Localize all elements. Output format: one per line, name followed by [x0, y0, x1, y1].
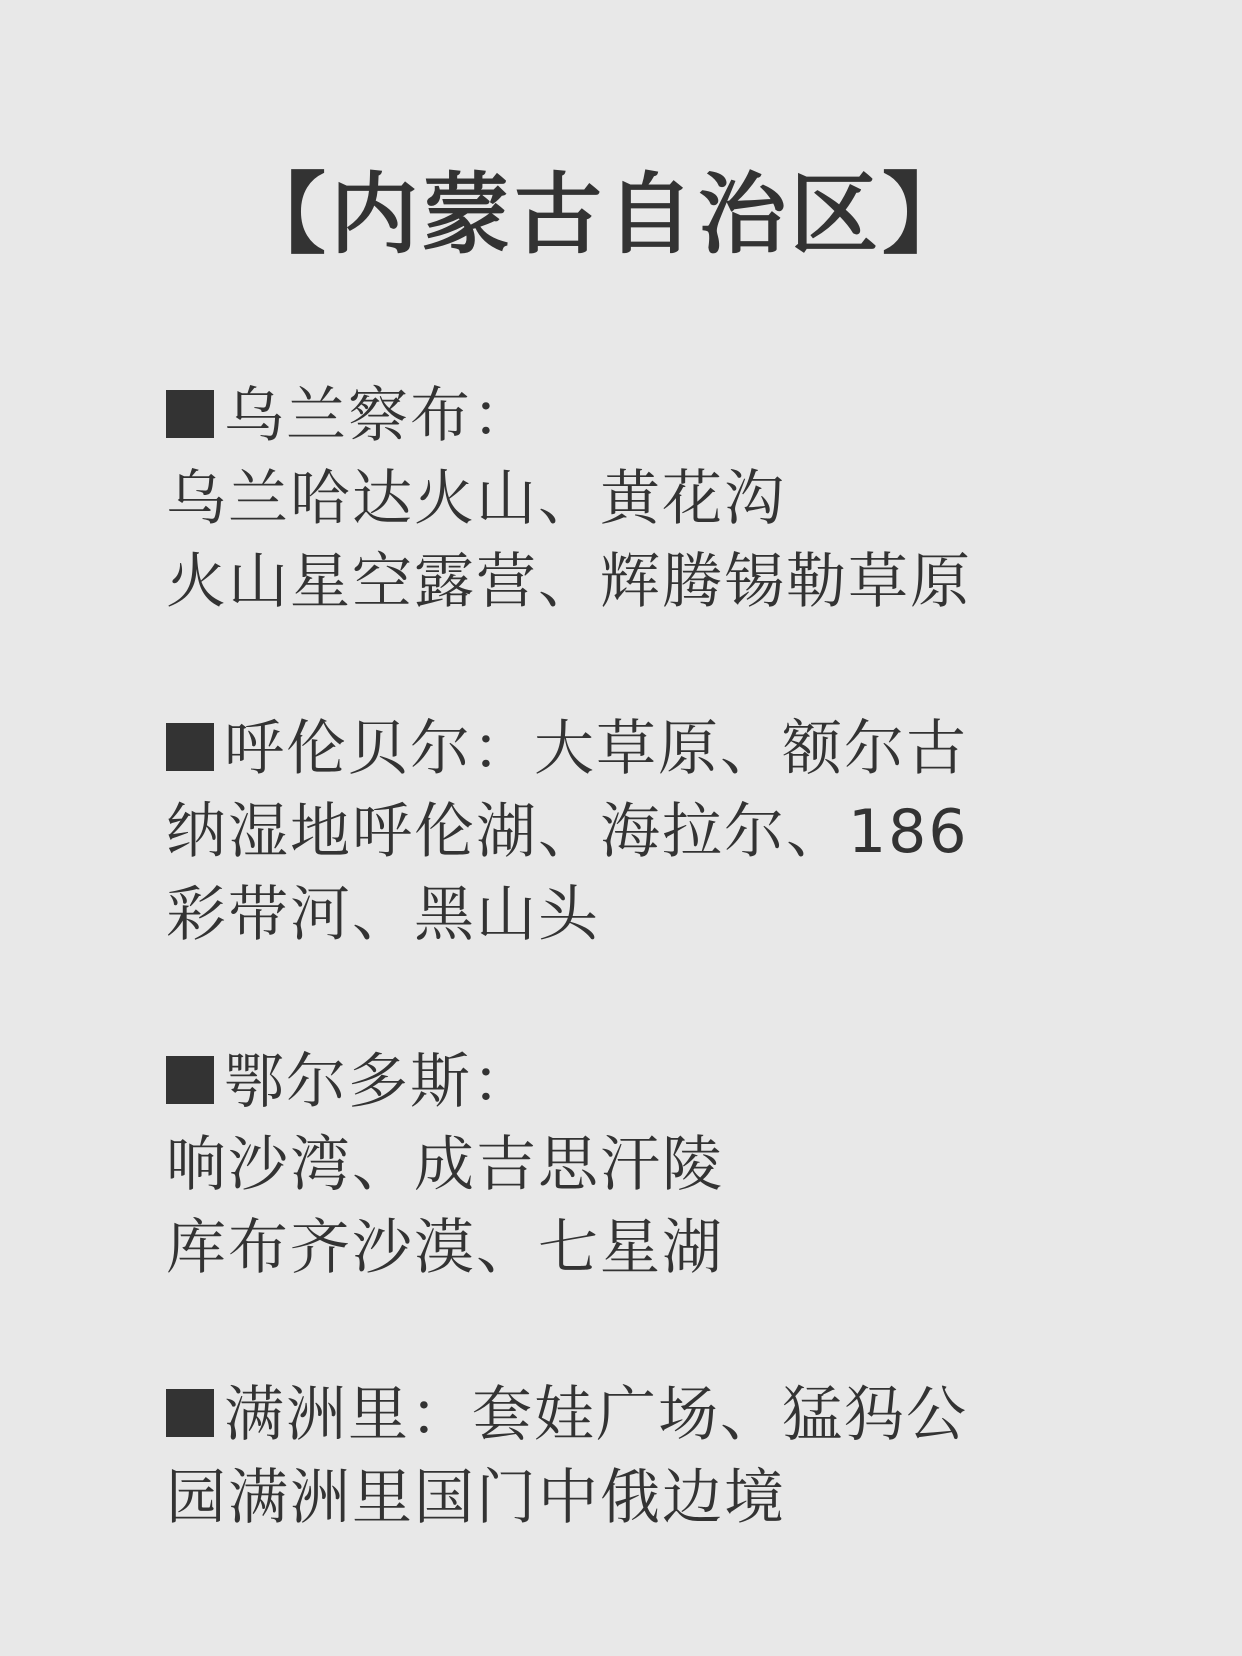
- square-bullet-icon: [166, 1056, 214, 1104]
- attractions-list: 乌兰察布： 乌兰哈达火山、黄花沟 火山星空露营、辉腾锡勒草原 呼伦贝尔：大草原、…: [166, 375, 1166, 1624]
- section-ordos: 鄂尔多斯： 响沙湾、成吉思汗陵 库布齐沙漠、七星湖: [166, 1041, 1166, 1290]
- page-title: 【内蒙古自治区】: [238, 160, 974, 270]
- section-manzhouli: 满洲里：套娃广场、猛犸公 园满洲里国门中俄边境: [166, 1374, 1166, 1540]
- section-line: 园满洲里国门中俄边境: [166, 1457, 1166, 1540]
- section-heading: 满洲里：套娃广场、猛犸公: [166, 1374, 1166, 1457]
- section-line: 响沙湾、成吉思汗陵: [166, 1124, 1166, 1207]
- section-hulunbuir: 呼伦贝尔：大草原、额尔古 纳湿地呼伦湖、海拉尔、186 彩带河、黑山头: [166, 708, 1166, 957]
- section-heading: 鄂尔多斯：: [166, 1041, 1166, 1124]
- section-line: 纳湿地呼伦湖、海拉尔、186: [166, 791, 1166, 874]
- section-line: 彩带河、黑山头: [166, 874, 1166, 957]
- section-heading: 呼伦贝尔：大草原、额尔古: [166, 708, 1166, 791]
- square-bullet-icon: [166, 1389, 214, 1437]
- square-bullet-icon: [166, 723, 214, 771]
- section-line: 库布齐沙漠、七星湖: [166, 1207, 1166, 1290]
- section-line: 火山星空露营、辉腾锡勒草原: [166, 541, 1166, 624]
- section-line: 乌兰哈达火山、黄花沟: [166, 458, 1166, 541]
- square-bullet-icon: [166, 390, 214, 438]
- section-ulanqab: 乌兰察布： 乌兰哈达火山、黄花沟 火山星空露营、辉腾锡勒草原: [166, 375, 1166, 624]
- section-heading: 乌兰察布：: [166, 375, 1166, 458]
